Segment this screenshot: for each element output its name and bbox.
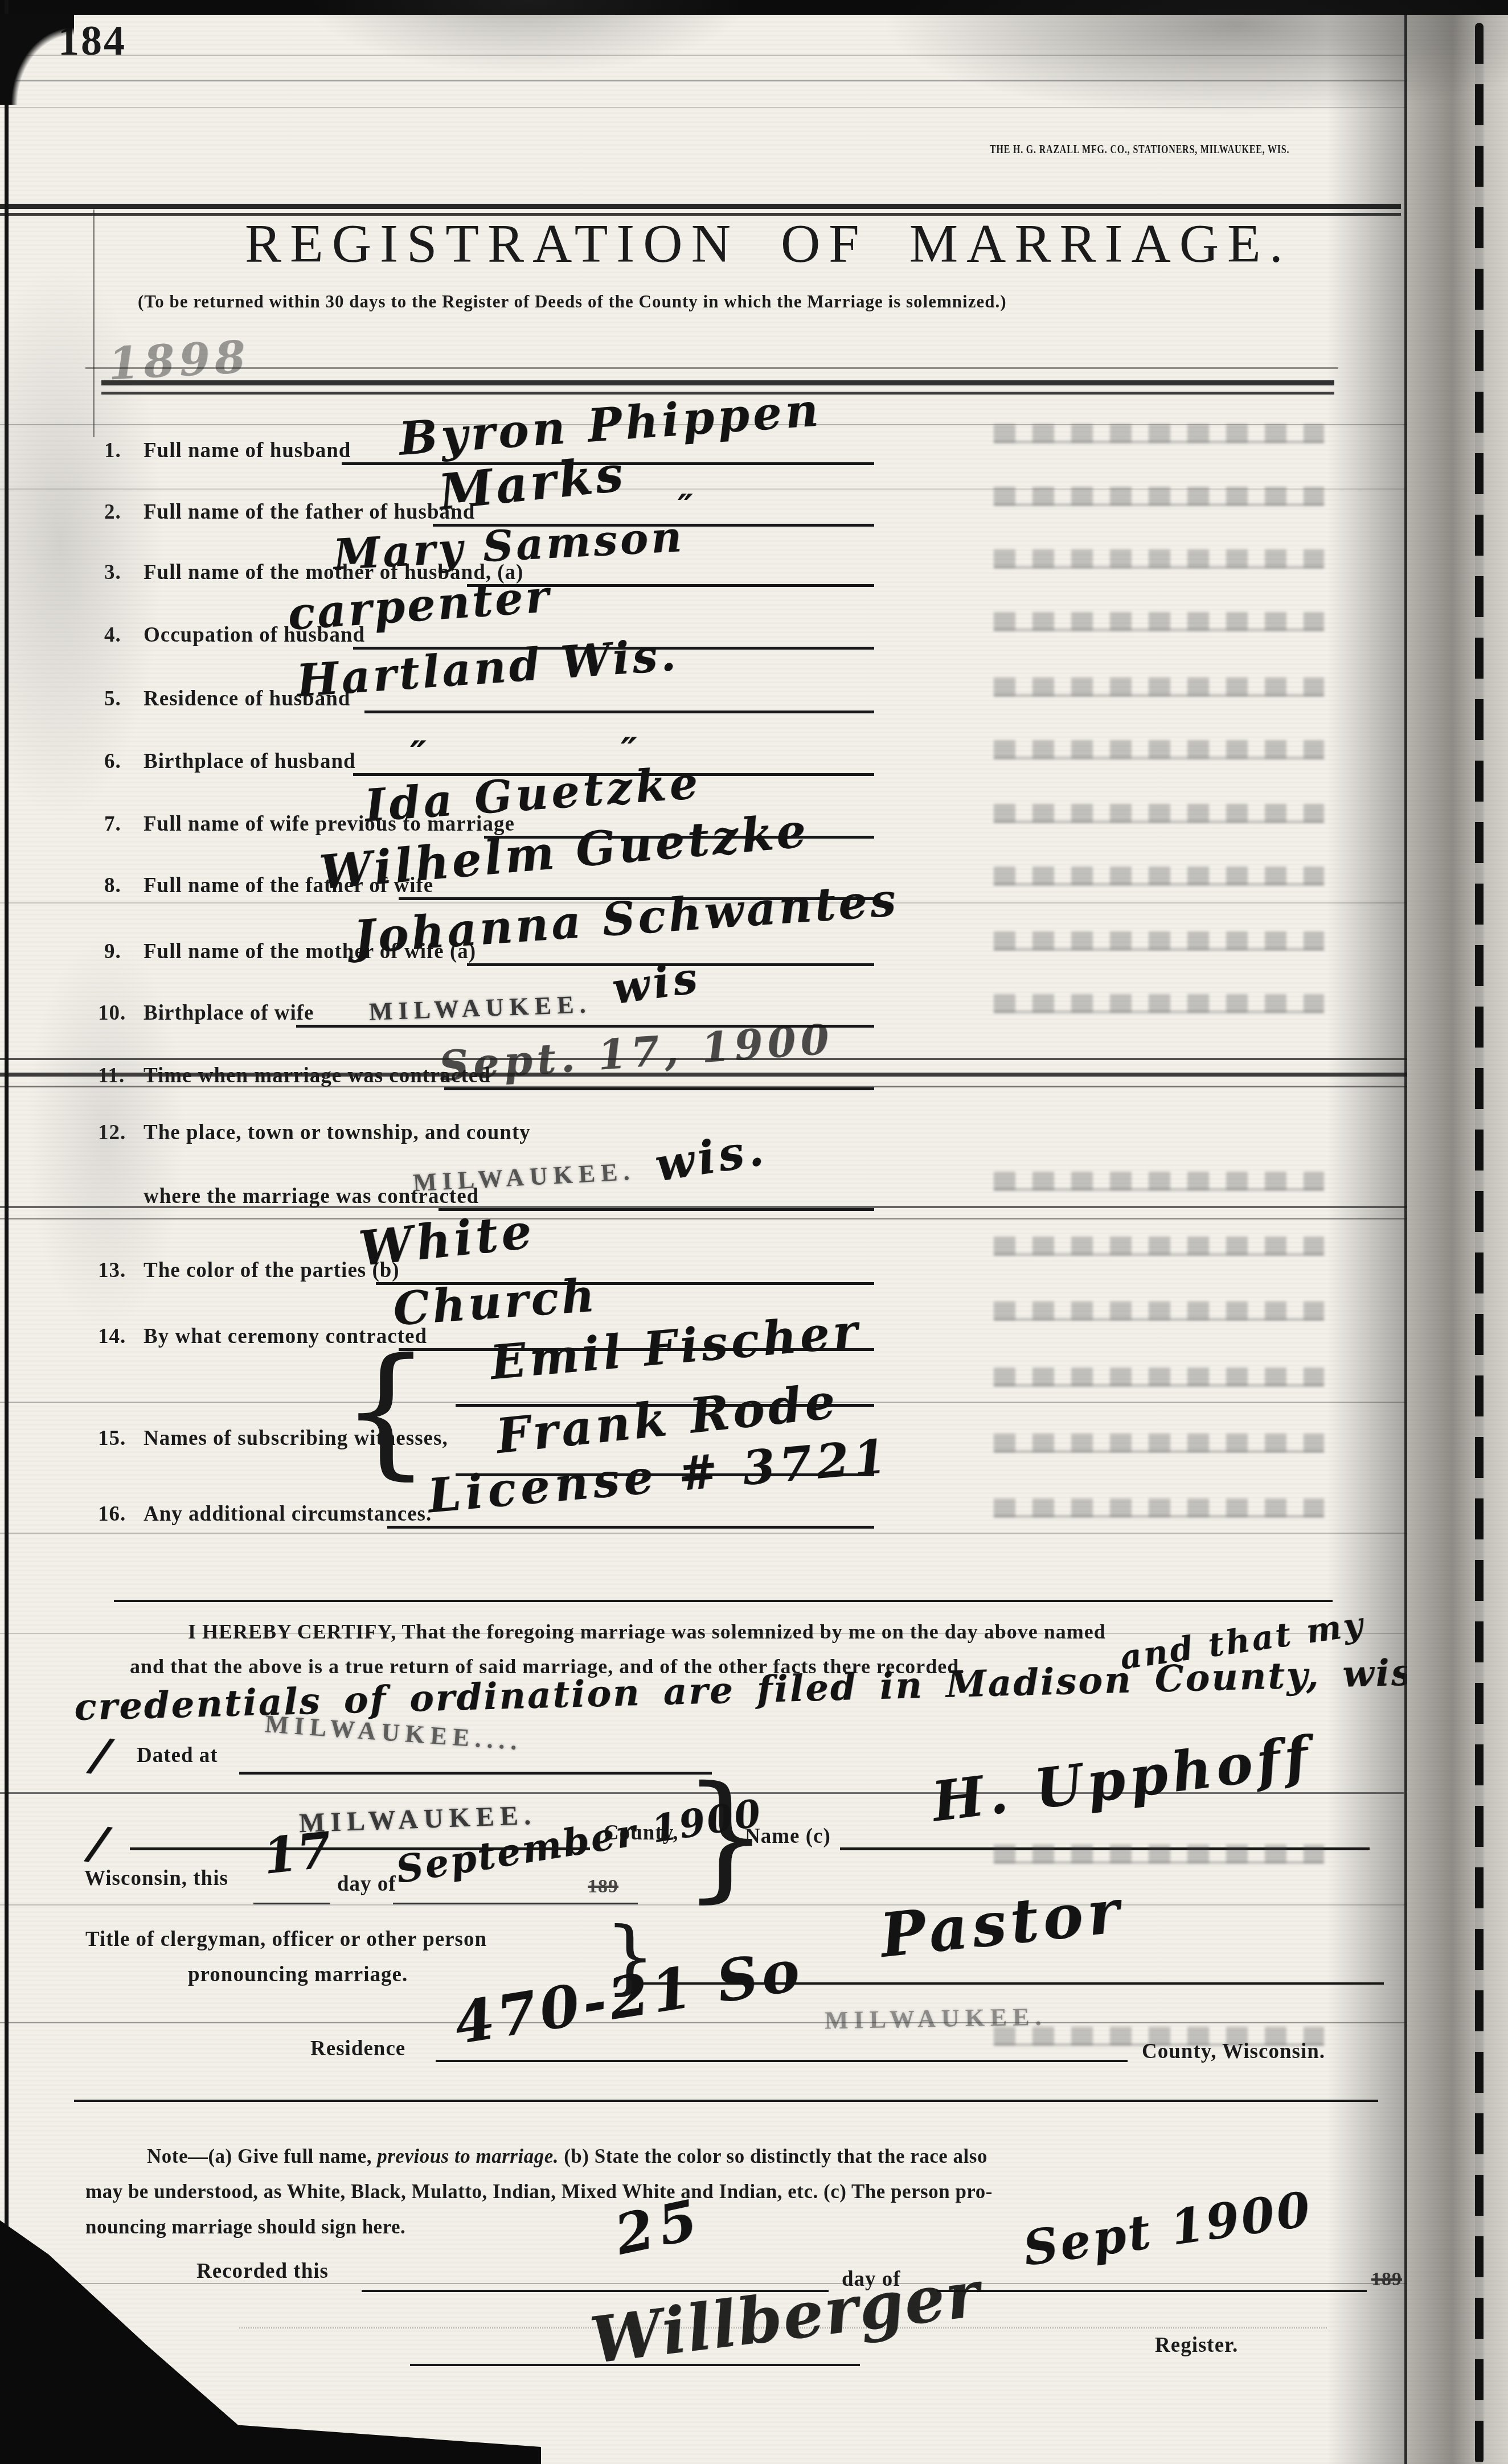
binding-rule — [1404, 15, 1407, 2464]
rule — [85, 367, 1338, 369]
rule — [101, 380, 1334, 385]
struck-year: 189 — [588, 1876, 618, 1898]
field-label: Birthplace of wife — [144, 1001, 314, 1025]
note-text: Note—(a) Give full name, previous to mar… — [147, 2145, 987, 2168]
field-number: 13. — [98, 1258, 126, 1283]
document-title: REGISTRATION OF MARRIAGE. — [245, 212, 1292, 275]
field-number: 2. — [104, 500, 121, 524]
field-label: Full name of husband — [144, 438, 351, 463]
bleed-through-line — [994, 1434, 1324, 1452]
scan-streak — [0, 1218, 1508, 1219]
bleed-through-line — [994, 1367, 1324, 1386]
fill-line — [239, 1772, 712, 1775]
field-number: 14. — [98, 1324, 126, 1349]
scan-streak — [0, 1904, 1508, 1906]
note-italic: previous to marriage. — [377, 2145, 559, 2167]
blank-rule — [74, 2100, 1378, 2102]
bleed-through-line — [994, 549, 1324, 568]
scan-streak — [0, 1633, 1508, 1634]
day-value: 17 — [260, 1821, 334, 1886]
scan-streak — [0, 1402, 1508, 1403]
rule — [101, 392, 1334, 395]
scan-streak — [0, 1086, 1508, 1087]
recorded-month-value: Sept 1900 — [1020, 2180, 1316, 2277]
scan-streak — [0, 1058, 1508, 1060]
field-label: Full name of the father of husband — [144, 500, 475, 524]
clergy-title-label: pronouncing marriage. — [188, 1962, 408, 1987]
field-value: wis. — [651, 1122, 770, 1192]
bleed-through-line — [994, 424, 1324, 443]
field-value: wis — [609, 952, 704, 1015]
document-subtitle: (To be returned within 30 days to the Re… — [138, 291, 1006, 312]
recorded-label: Recorded this — [196, 2259, 329, 2284]
bleed-through-line — [994, 1172, 1324, 1190]
scan-streak — [0, 1073, 1508, 1077]
rule — [0, 204, 1401, 209]
struck-year: 189 — [1371, 2269, 1402, 2290]
hairline — [0, 2022, 1508, 2023]
blank-rule — [114, 1600, 1333, 1602]
scan-streak — [0, 2283, 1508, 2284]
clergy-title-value: Pastor — [877, 1875, 1127, 1971]
field-number: 5. — [104, 687, 121, 711]
field-number: 8. — [104, 873, 121, 898]
field-label: The place, town or township, and county — [144, 1120, 531, 1145]
binding-stitch — [1475, 23, 1484, 2464]
bleed-through-line — [994, 677, 1324, 696]
field-number: 7. — [104, 812, 121, 836]
witness-brace: { — [341, 1339, 431, 1481]
bottom-corner-wedge — [0, 2220, 541, 2464]
milwaukee-stamp: MILWAUKEE. — [368, 989, 592, 1026]
state-line-label: Wisconsin, this — [84, 1866, 228, 1891]
field-value: Church — [391, 1268, 599, 1336]
fill-line — [387, 1526, 874, 1529]
bleed-through-line — [994, 866, 1324, 885]
scan-streak — [0, 488, 1508, 490]
field-number: 12. — [98, 1120, 126, 1145]
field-number: 3. — [104, 560, 121, 585]
milwaukee-stamp: MILWAUKEE. — [412, 1157, 636, 1197]
field-number: 6. — [104, 749, 121, 774]
fill-line — [436, 2060, 1128, 2062]
scan-top-edge — [0, 0, 1508, 15]
marriage-registration-scan: 184 THE H. G. RAZALL MFG. CO., STATIONER… — [0, 0, 1508, 2464]
field-number: 15. — [98, 1426, 126, 1451]
slash-mark: / — [87, 1815, 110, 1870]
field-number: 16. — [98, 1502, 126, 1526]
day-of-label: day of — [337, 1872, 396, 1896]
scan-streak — [0, 1206, 1508, 1208]
scan-streak — [0, 424, 1508, 425]
milwaukee-stamp: MILWAUKEE. — [825, 2002, 1047, 2035]
register-signature: Willberger — [587, 2257, 985, 2379]
register-label: Register. — [1155, 2333, 1238, 2358]
scan-corner-arc — [0, 14, 74, 105]
slash-mark: / — [89, 1727, 113, 1782]
field-value: White — [356, 1202, 538, 1277]
field-number: 9. — [104, 939, 121, 964]
bleed-through-line — [994, 612, 1324, 631]
scan-streak — [0, 107, 1508, 108]
bleed-through-line — [994, 931, 1324, 950]
scan-streak — [0, 902, 1508, 904]
fill-line — [444, 1087, 874, 1090]
note-text: nouncing marriage should sign here. — [85, 2216, 405, 2239]
field-number: 1. — [104, 438, 121, 463]
clergy-title-label: Title of clergyman, officer or other per… — [85, 1927, 487, 1952]
note-prefix: Note—(a) Give full name, — [147, 2145, 377, 2167]
scan-streak — [0, 80, 1508, 81]
note-suffix: (b) State the color so distinctly that t… — [559, 2145, 987, 2167]
binding-band — [1407, 15, 1508, 2464]
fill-line — [364, 711, 874, 713]
certify-text: I HEREBY CERTIFY, That the foregoing mar… — [188, 1620, 1106, 1644]
bleed-through-line — [994, 804, 1324, 823]
bleed-through-line — [994, 1301, 1324, 1320]
stationer-imprint: THE H. G. RAZALL MFG. CO., STATIONERS, M… — [990, 143, 1289, 157]
scan-streak — [0, 55, 1508, 56]
field-number: 4. — [104, 623, 121, 647]
bleed-through-line — [994, 994, 1324, 1013]
bleed-through-line — [994, 740, 1324, 759]
bleed-through-line — [994, 1498, 1324, 1517]
residence-label: Residence — [310, 2036, 405, 2061]
header-left-rule — [93, 210, 95, 437]
dated-at-label: Dated at — [137, 1743, 218, 1768]
fill-line — [937, 2290, 1367, 2292]
rule — [0, 213, 1401, 216]
scan-left-rule — [5, 0, 9, 2464]
binding-shadow — [1327, 0, 1407, 2464]
county-state-label: County, Wisconsin. — [1142, 2039, 1325, 2064]
field-label: Any additional circumstances. — [144, 1502, 432, 1526]
field-label: Birthplace of husband — [144, 749, 356, 774]
bleed-through-line — [994, 1237, 1324, 1255]
clergy-signature: H. Upphoff — [929, 1723, 1317, 1834]
ditto-mark: ″ — [410, 733, 427, 776]
field-number: 10. — [98, 1001, 126, 1025]
scan-streak — [0, 1533, 1508, 1534]
bleed-through-line — [994, 1845, 1324, 1863]
note-text: may be understood, as White, Black, Mula… — [85, 2180, 993, 2203]
